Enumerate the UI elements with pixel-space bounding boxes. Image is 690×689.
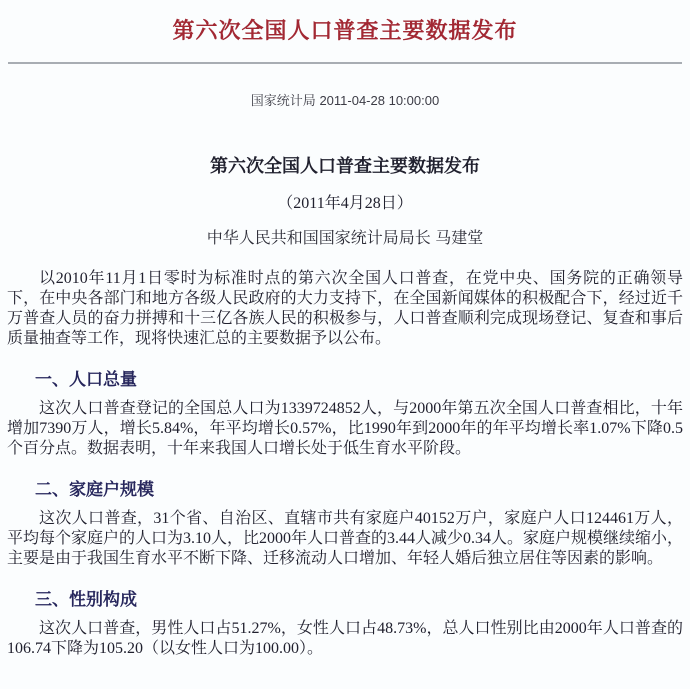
meta-datetime: 2011-04-28 10:00:00 [319, 93, 439, 108]
page-title: 第六次全国人口普查主要数据发布 [7, 16, 683, 46]
meta-source: 国家统计局 [251, 93, 316, 108]
article-byline: 中华人民共和国国家统计局局长 马建堂 [7, 229, 683, 249]
intro-paragraph: 以2010年11月1日零时为标准时点的第六次全国人口普查，在党中央、国务院的正确… [7, 269, 683, 349]
article-title: 第六次全国人口普查主要数据发布 [7, 156, 683, 176]
section-paragraph: 这次人口普查，男性人口占51.27%，女性人口占48.73%，总人口性别比由20… [7, 619, 683, 659]
article-section: 一、人口总量 这次人口普查登记的全国总人口为1339724852人，与2000年… [7, 369, 683, 459]
article-section: 三、性别构成 这次人口普查，男性人口占51.27%，女性人口占48.73%，总人… [7, 589, 683, 659]
article-section: 二、家庭户规模 这次人口普查，31个省、自治区、直辖市共有家庭户40152万户，… [7, 479, 683, 569]
section-heading: 二、家庭户规模 [35, 479, 683, 501]
section-heading: 一、人口总量 [35, 369, 683, 391]
article-date: （2011年4月28日） [7, 194, 683, 214]
section-paragraph: 这次人口普查登记的全国总人口为1339724852人，与2000年第五次全国人口… [7, 399, 683, 459]
meta-line: 国家统计局 2011-04-28 10:00:00 [7, 94, 683, 108]
article-body: 第六次全国人口普查主要数据发布 （2011年4月28日） 中华人民共和国国家统计… [7, 156, 683, 659]
section-heading: 三、性别构成 [35, 589, 683, 611]
horizontal-divider [8, 62, 682, 64]
section-paragraph: 这次人口普查，31个省、自治区、直辖市共有家庭户40152万户，家庭户人口124… [7, 509, 683, 569]
document-page: 第六次全国人口普查主要数据发布 国家统计局 2011-04-28 10:00:0… [0, 0, 690, 689]
sections-container: 一、人口总量 这次人口普查登记的全国总人口为1339724852人，与2000年… [7, 369, 683, 659]
